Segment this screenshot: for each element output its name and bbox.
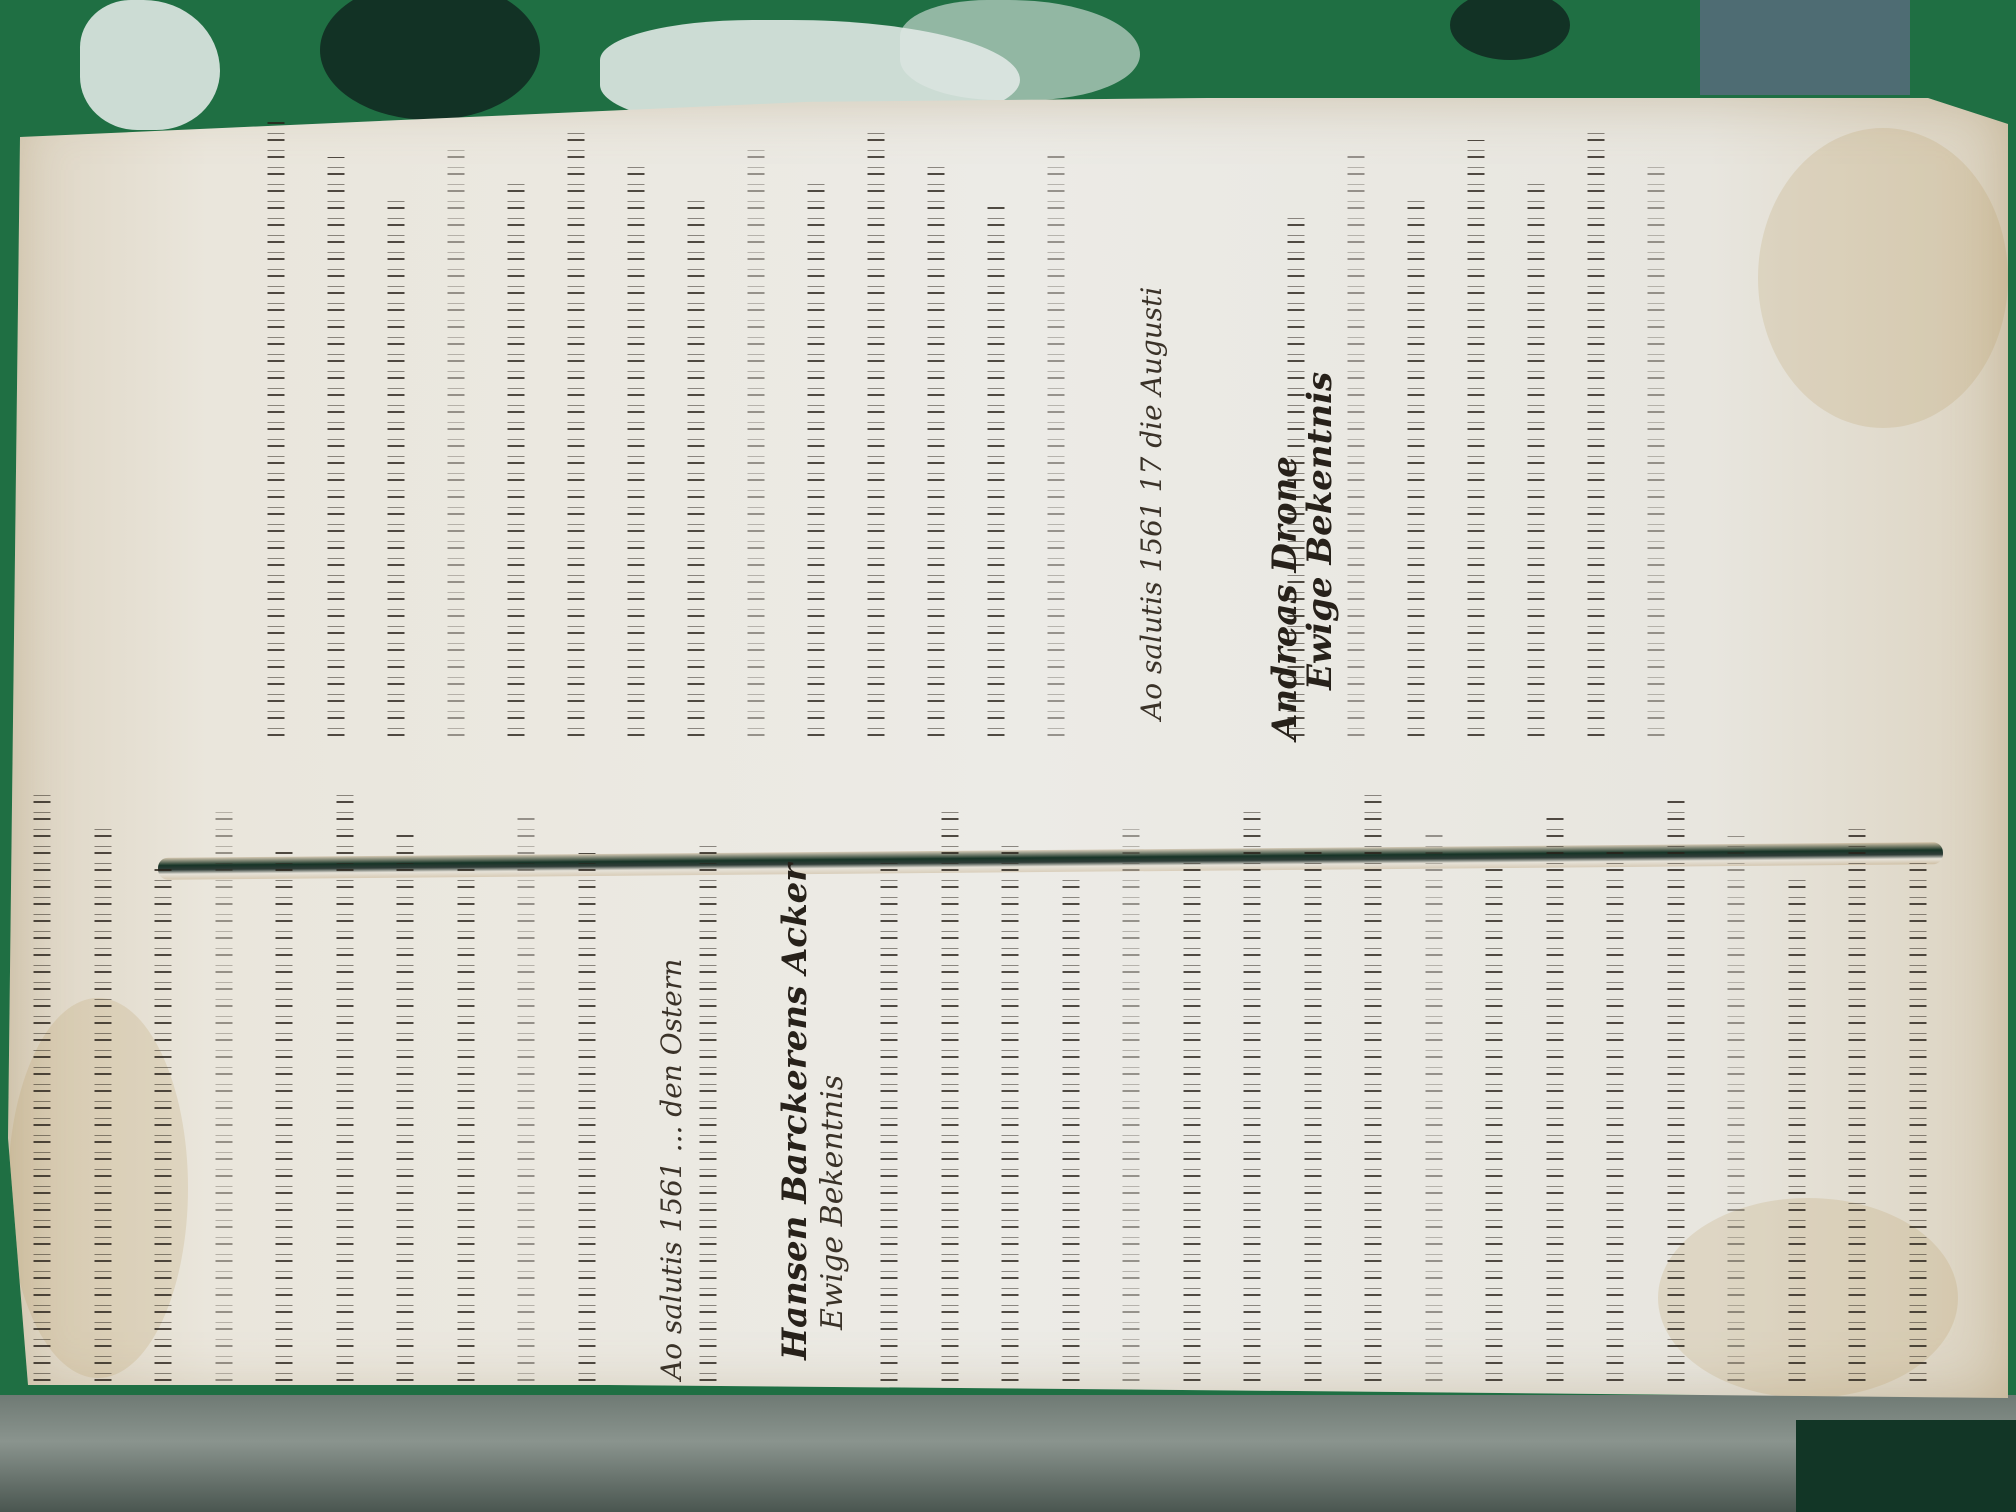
handwritten-line bbox=[1178, 863, 1206, 1385]
handwritten-line bbox=[1783, 873, 1811, 1385]
handwritten-line bbox=[862, 130, 890, 740]
handwritten-line bbox=[742, 146, 770, 740]
left-heading-title: Ewige Bekentnis bbox=[815, 1075, 850, 1330]
handwritten-line bbox=[442, 141, 470, 740]
handwritten-line bbox=[1541, 815, 1569, 1385]
handwritten-line bbox=[1117, 826, 1145, 1385]
right-heading-name: Andreas Drone bbox=[1265, 456, 1305, 740]
handwritten-line bbox=[89, 827, 117, 1385]
dark-reflection bbox=[1450, 0, 1570, 60]
handwritten-line bbox=[1662, 799, 1690, 1385]
gray-cloth bbox=[0, 1395, 2016, 1512]
handwritten-line bbox=[452, 869, 480, 1385]
handwritten-line bbox=[1582, 124, 1610, 740]
handwritten-line bbox=[1722, 836, 1750, 1385]
handwritten-line bbox=[28, 790, 56, 1385]
handwritten-line bbox=[682, 199, 710, 740]
handwritten-line bbox=[922, 167, 950, 740]
blue-reflection bbox=[1700, 0, 1910, 95]
handwritten-line bbox=[382, 194, 410, 740]
glare-reflection bbox=[80, 0, 220, 130]
right-date-line: Ao salutis 1561 17 die Augusti bbox=[1135, 287, 1168, 720]
handwritten-line bbox=[391, 832, 419, 1385]
handwritten-line bbox=[1904, 857, 1932, 1385]
handwritten-line bbox=[1462, 140, 1490, 740]
handwritten-line bbox=[262, 120, 290, 740]
handwritten-line bbox=[1420, 831, 1448, 1385]
glare-reflection bbox=[900, 0, 1140, 100]
left-date-line: Ao salutis 1561 ... den Ostern bbox=[655, 959, 688, 1380]
handwritten-line bbox=[982, 204, 1010, 740]
green-surface-corner bbox=[1796, 1420, 2016, 1512]
handwritten-line bbox=[1299, 847, 1327, 1385]
right-heading-title: Ewige Bekentnis bbox=[1300, 372, 1340, 690]
handwritten-line bbox=[1522, 177, 1550, 740]
handwritten-line bbox=[1042, 151, 1070, 740]
handwritten-line bbox=[573, 853, 601, 1385]
handwritten-line bbox=[875, 858, 903, 1385]
handwritten-line bbox=[322, 157, 350, 740]
handwritten-line bbox=[936, 805, 964, 1385]
handwritten-line bbox=[512, 816, 540, 1385]
handwritten-line bbox=[502, 178, 530, 740]
handwritten-line bbox=[1402, 193, 1430, 740]
handwritten-line bbox=[1480, 868, 1508, 1385]
handwritten-line bbox=[1642, 161, 1670, 740]
left-heading-name: Hansen Barckerens Acker bbox=[775, 864, 815, 1360]
handwritten-line bbox=[622, 162, 650, 740]
handwritten-line bbox=[1238, 810, 1266, 1385]
handwritten-line bbox=[996, 842, 1024, 1385]
handwritten-line bbox=[1601, 852, 1629, 1385]
handwritten-line bbox=[562, 125, 590, 740]
handwritten-line bbox=[210, 811, 238, 1385]
handwritten-line bbox=[1342, 156, 1370, 740]
handwritten-line bbox=[1057, 879, 1085, 1385]
handwritten-line bbox=[270, 848, 298, 1385]
handwritten-line bbox=[149, 864, 177, 1385]
handwritten-line bbox=[694, 837, 722, 1385]
handwritten-line bbox=[331, 795, 359, 1385]
handwritten-line bbox=[1359, 794, 1387, 1385]
dark-reflection bbox=[320, 0, 540, 120]
paper-stain bbox=[1758, 128, 2008, 428]
handwritten-line bbox=[1843, 820, 1871, 1385]
handwritten-line bbox=[802, 183, 830, 740]
